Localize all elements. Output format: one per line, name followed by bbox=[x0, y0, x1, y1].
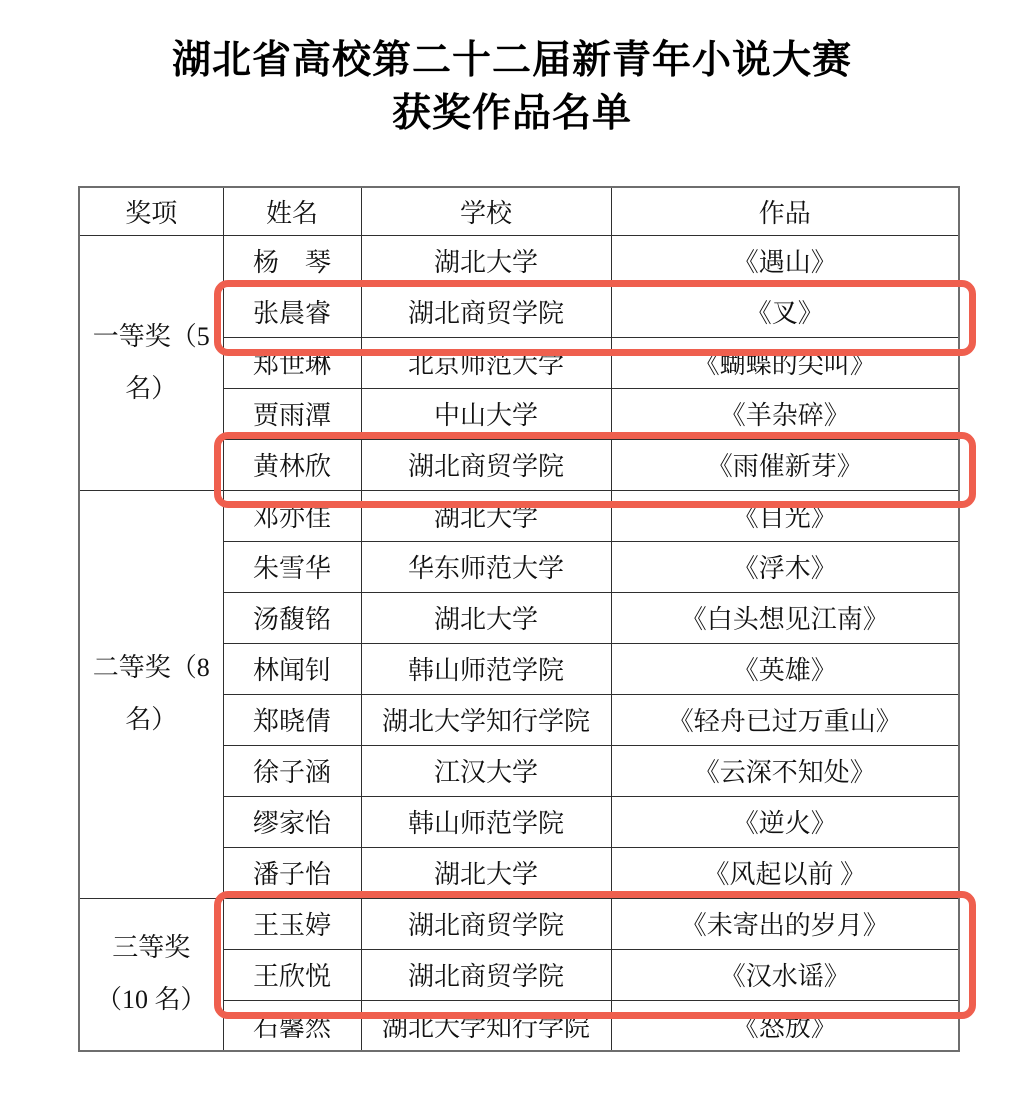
award-cell-second-prize: 二等奖（8 名） bbox=[79, 490, 223, 898]
work-cell: 《风起以前 》 bbox=[611, 847, 959, 898]
work-cell: 《未寄出的岁月》 bbox=[611, 898, 959, 949]
name-cell: 徐子涵 bbox=[223, 745, 361, 796]
work-cell: 《怒放》 bbox=[611, 1000, 959, 1051]
school-cell: 湖北商贸学院 bbox=[361, 949, 611, 1000]
work-cell: 《英雄》 bbox=[611, 643, 959, 694]
school-cell: 湖北大学知行学院 bbox=[361, 1000, 611, 1051]
school-cell: 湖北商贸学院 bbox=[361, 898, 611, 949]
table-header-row: 奖项 姓名 学校 作品 bbox=[79, 187, 959, 235]
award-label-line: 名） bbox=[84, 694, 219, 746]
name-cell: 黄林欣 bbox=[223, 439, 361, 490]
header-school: 学校 bbox=[361, 187, 611, 235]
name-cell: 王欣悦 bbox=[223, 949, 361, 1000]
table-row: 二等奖（8 名） 邓亦佳 湖北大学 《目光》 bbox=[79, 490, 959, 541]
title-line-2: 获奖作品名单 bbox=[0, 87, 1024, 140]
school-cell: 湖北商贸学院 bbox=[361, 286, 611, 337]
work-cell: 《雨催新芽》 bbox=[611, 439, 959, 490]
school-cell: 湖北大学 bbox=[361, 490, 611, 541]
school-cell: 中山大学 bbox=[361, 388, 611, 439]
work-cell: 《目光》 bbox=[611, 490, 959, 541]
table-row: 一等奖（5 名） 杨 琴 湖北大学 《遇山》 bbox=[79, 235, 959, 286]
school-cell: 湖北大学 bbox=[361, 847, 611, 898]
school-cell: 华东师范大学 bbox=[361, 541, 611, 592]
award-cell-third-prize: 三等奖 （10 名） bbox=[79, 898, 223, 1051]
work-cell: 《叉》 bbox=[611, 286, 959, 337]
school-cell: 湖北商贸学院 bbox=[361, 439, 611, 490]
school-cell: 湖北大学 bbox=[361, 235, 611, 286]
name-cell: 张晨睿 bbox=[223, 286, 361, 337]
name-cell: 王玉婷 bbox=[223, 898, 361, 949]
work-cell: 《汉水谣》 bbox=[611, 949, 959, 1000]
school-cell: 韩山师范学院 bbox=[361, 643, 611, 694]
school-cell: 湖北大学 bbox=[361, 592, 611, 643]
document-page: 湖北省高校第二十二届新青年小说大赛 获奖作品名单 奖项 姓名 学校 作品 一等奖… bbox=[0, 0, 1024, 1116]
table-row: 三等奖 （10 名） 王玉婷 湖北商贸学院 《未寄出的岁月》 bbox=[79, 898, 959, 949]
name-cell: 汤馥铭 bbox=[223, 592, 361, 643]
name-cell: 邓亦佳 bbox=[223, 490, 361, 541]
award-label-line: 三等奖 bbox=[84, 922, 219, 974]
name-cell: 石馨然 bbox=[223, 1000, 361, 1051]
header-award: 奖项 bbox=[79, 187, 223, 235]
name-cell: 林闻钊 bbox=[223, 643, 361, 694]
award-label-line: 一等奖（5 bbox=[84, 311, 219, 363]
work-cell: 《逆火》 bbox=[611, 796, 959, 847]
work-cell: 《轻舟已过万重山》 bbox=[611, 694, 959, 745]
award-cell-first-prize: 一等奖（5 名） bbox=[79, 235, 223, 490]
school-cell: 韩山师范学院 bbox=[361, 796, 611, 847]
award-label-line: 名） bbox=[84, 363, 219, 415]
work-cell: 《浮木》 bbox=[611, 541, 959, 592]
name-cell: 杨 琴 bbox=[223, 235, 361, 286]
award-label-line: （10 名） bbox=[84, 974, 219, 1026]
school-cell: 北京师范大学 bbox=[361, 337, 611, 388]
name-cell: 贾雨潭 bbox=[223, 388, 361, 439]
document-title: 湖北省高校第二十二届新青年小说大赛 获奖作品名单 bbox=[0, 34, 1024, 140]
name-cell: 郑晓倩 bbox=[223, 694, 361, 745]
work-cell: 《云深不知处》 bbox=[611, 745, 959, 796]
work-cell: 《羊杂碎》 bbox=[611, 388, 959, 439]
name-cell: 潘子怡 bbox=[223, 847, 361, 898]
name-cell: 缪家怡 bbox=[223, 796, 361, 847]
name-cell: 朱雪华 bbox=[223, 541, 361, 592]
award-label-line: 二等奖（8 bbox=[84, 642, 219, 694]
work-cell: 《遇山》 bbox=[611, 235, 959, 286]
school-cell: 江汉大学 bbox=[361, 745, 611, 796]
work-cell: 《白头想见江南》 bbox=[611, 592, 959, 643]
name-cell: 郑世琳 bbox=[223, 337, 361, 388]
title-line-1: 湖北省高校第二十二届新青年小说大赛 bbox=[0, 34, 1024, 87]
work-cell: 《蝴蝶的尖叫》 bbox=[611, 337, 959, 388]
header-work: 作品 bbox=[611, 187, 959, 235]
school-cell: 湖北大学知行学院 bbox=[361, 694, 611, 745]
award-table: 奖项 姓名 学校 作品 一等奖（5 名） 杨 琴 湖北大学 《遇山》 张晨睿 湖… bbox=[78, 186, 960, 1052]
header-name: 姓名 bbox=[223, 187, 361, 235]
